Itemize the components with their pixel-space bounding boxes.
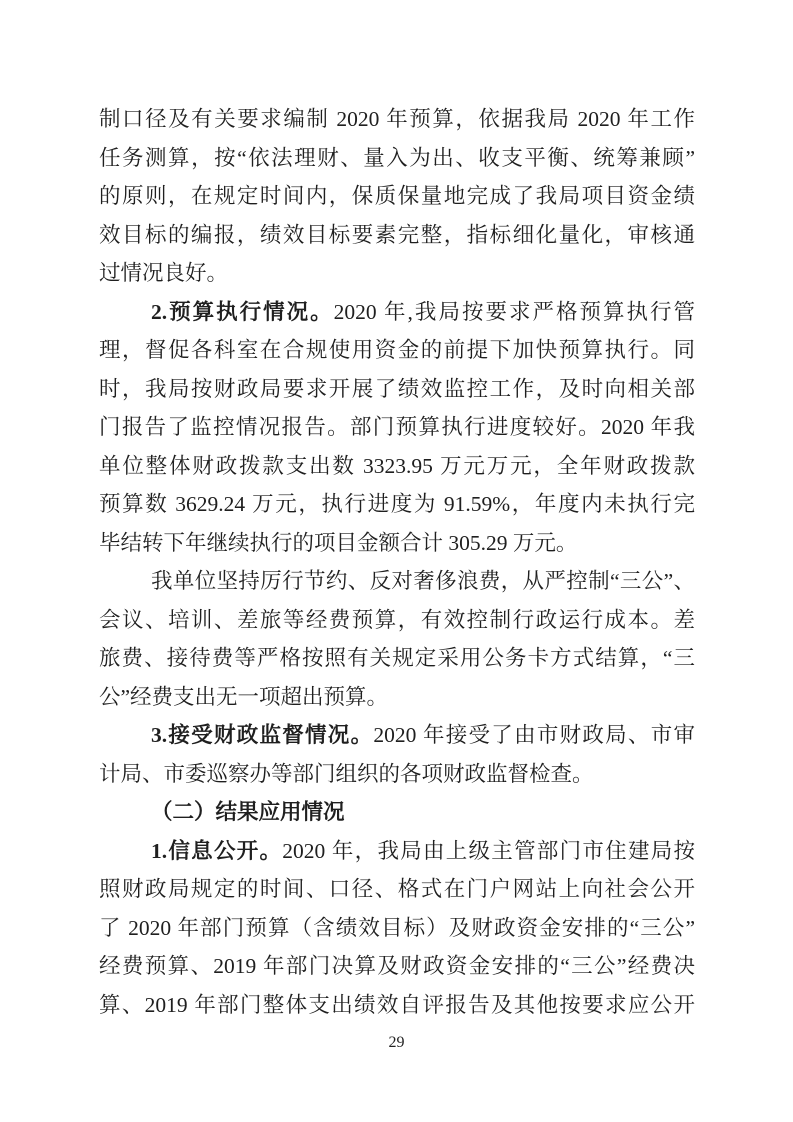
para-budget-compilation-continued-line-4: 效目标的编报，绩效目标要素完整，指标细化量化，审核通 — [99, 216, 695, 255]
para-fiscal-supervision-lead: 3.接受财政监督情况。 — [151, 723, 373, 747]
para-information-disclosure-line-3: 了 2020 年部门预算（含绩效目标）及财政资金安排的“三公” — [99, 909, 695, 948]
para-budget-execution-lead: 2.预算执行情况。 — [151, 300, 334, 324]
para-information-disclosure-lead: 1.信息公开。 — [151, 839, 282, 863]
para-expense-control-line-1: 我单位坚持厉行节约、反对奢侈浪费，从严控制“三公”、 — [99, 562, 695, 601]
para-budget-compilation-continued-line-2: 任务测算，按“依法理财、量入为出、收支平衡、统筹兼顾” — [99, 139, 695, 178]
para-fiscal-supervision-line-1: 3.接受财政监督情况。2020 年接受了由市财政局、市审 — [99, 716, 695, 755]
para-information-disclosure-line-4: 经费预算、2019 年部门决算及财政资金安排的“三公”经费决 — [99, 947, 695, 986]
para-budget-execution-line-2: 理，督促各科室在合规使用资金的前提下加快预算执行。同 — [99, 331, 695, 370]
para-budget-execution-line-7: 毕结转下年继续执行的项目金额合计 305.29 万元。 — [99, 524, 695, 563]
para-fiscal-supervision-line-2: 计局、市委巡察办等部门组织的各项财政监督检查。 — [99, 755, 695, 794]
para-budget-compilation-continued-line-3: 的原则，在规定时间内，保质保量地完成了我局项目资金绩 — [99, 177, 695, 216]
para-budget-execution-line-4: 门报告了监控情况报告。部门预算执行进度较好。2020 年我 — [99, 408, 695, 447]
para-budget-execution-line-1: 2.预算执行情况。2020 年,我局按要求严格预算执行管 — [99, 293, 695, 332]
document-body: 制口径及有关要求编制 2020 年预算，依据我局 2020 年工作任务测算，按“… — [99, 100, 695, 1024]
para-information-disclosure-line-1: 1.信息公开。2020 年，我局由上级主管部门市住建局按 — [99, 832, 695, 871]
para-budget-execution-line-6: 预算数 3629.24 万元，执行进度为 91.59%，年度内未执行完 — [99, 485, 695, 524]
para-expense-control-line-3: 旅费、接待费等严格按照有关规定采用公务卡方式结算，“三 — [99, 639, 695, 678]
para-expense-control-line-4: 公”经费支出无一项超出预算。 — [99, 678, 695, 717]
para-information-disclosure-line-5: 算、2019 年部门整体支出绩效自评报告及其他按要求应公开 — [99, 986, 695, 1025]
heading-result-application-lead: （二）结果应用情况 — [151, 800, 345, 824]
heading-result-application-line-1: （二）结果应用情况 — [99, 793, 695, 832]
para-information-disclosure-line-2: 照财政局规定的时间、口径、格式在门户网站上向社会公开 — [99, 870, 695, 909]
para-budget-compilation-continued-line-5: 过情况良好。 — [99, 254, 695, 293]
para-expense-control-line-2: 会议、培训、差旅等经费预算，有效控制行政运行成本。差 — [99, 601, 695, 640]
para-budget-execution-line-5: 单位整体财政拨款支出数 3323.95 万元万元，全年财政拨款 — [99, 447, 695, 486]
para-budget-execution-line-3: 时，我局按财政局要求开展了绩效监控工作，及时向相关部 — [99, 370, 695, 409]
page-number: 29 — [0, 1034, 793, 1052]
document-page: 制口径及有关要求编制 2020 年预算，依据我局 2020 年工作任务测算，按“… — [0, 0, 793, 1122]
para-budget-compilation-continued-line-1: 制口径及有关要求编制 2020 年预算，依据我局 2020 年工作 — [99, 100, 695, 139]
